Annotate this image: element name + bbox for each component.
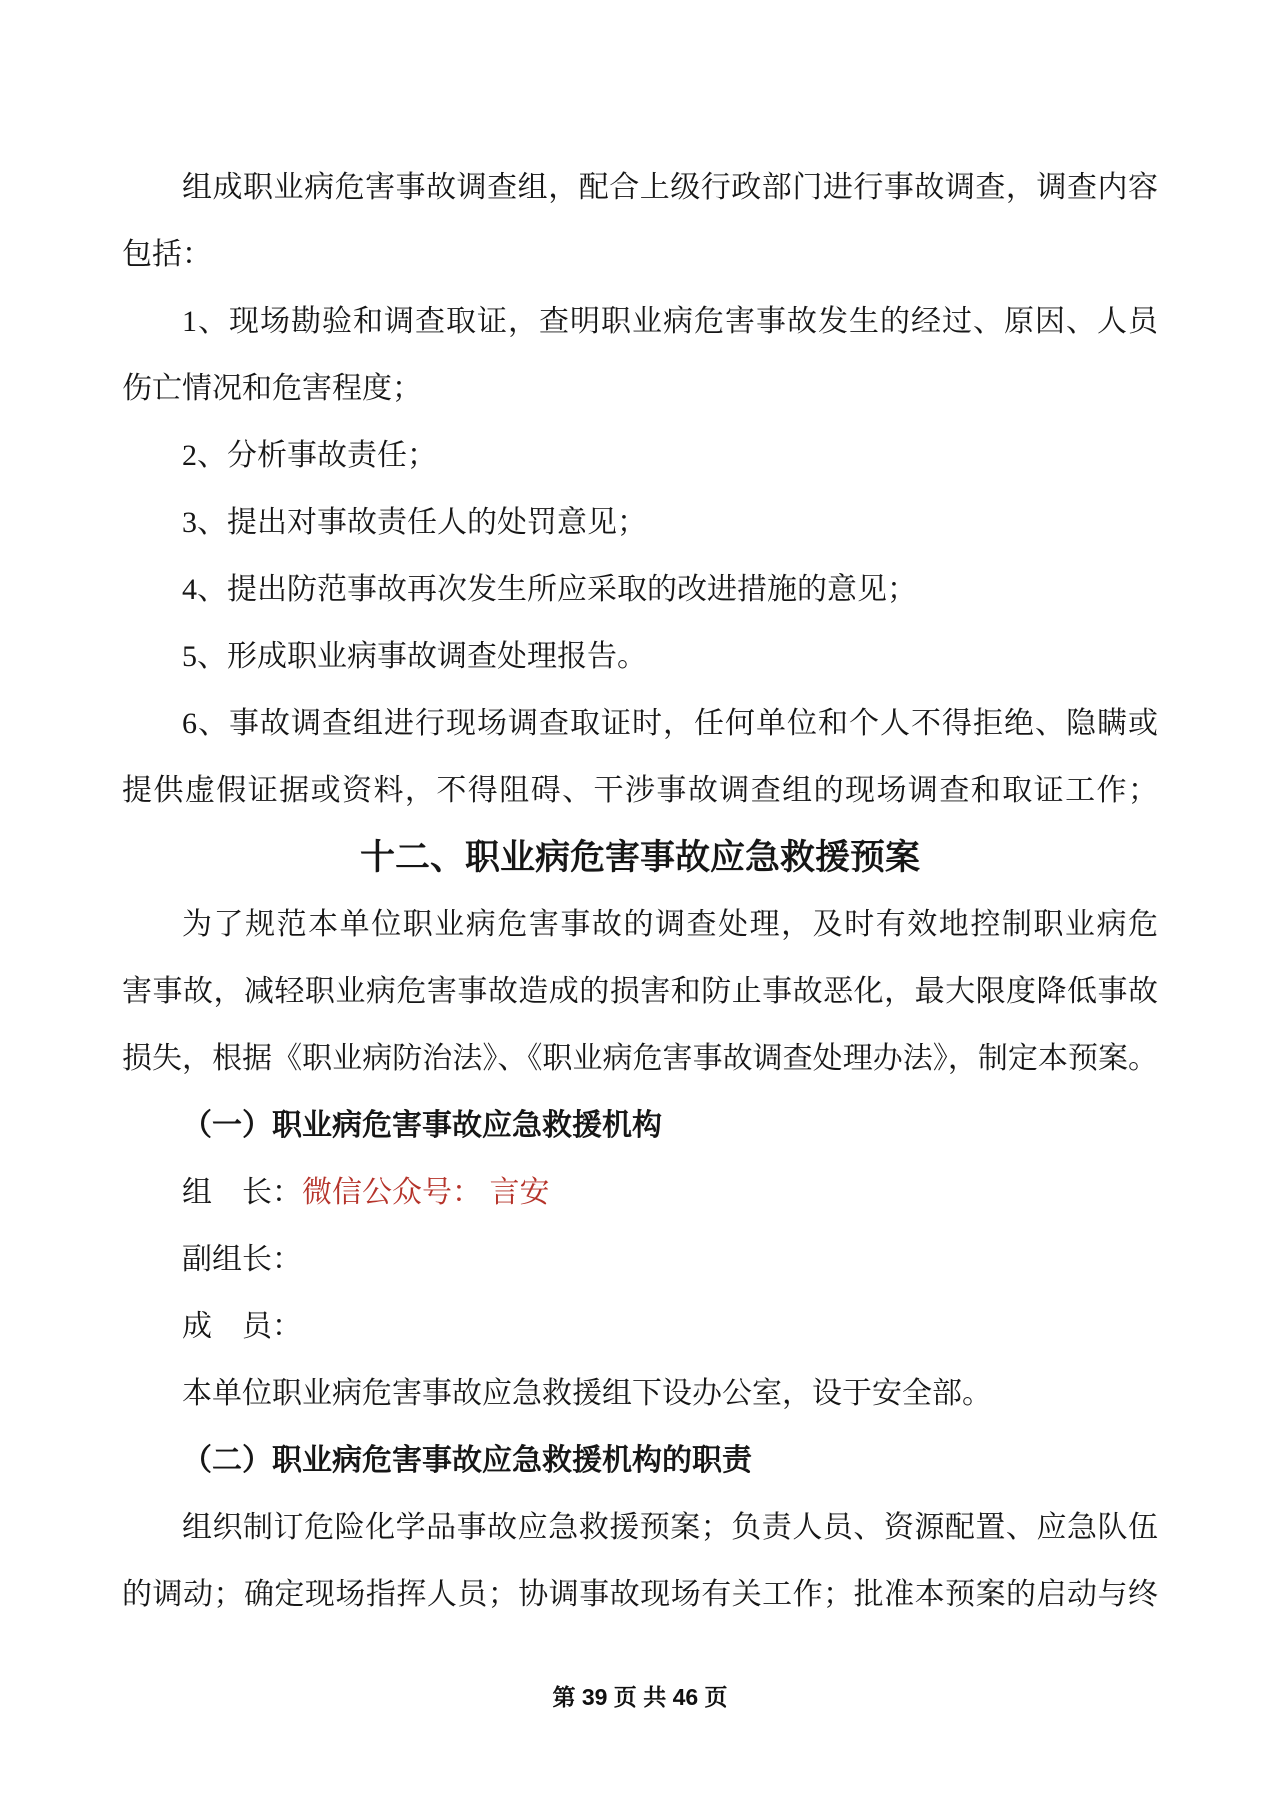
- office-note-line: 本单位职业病危害事故应急救援组下设办公室，设于安全部。: [122, 1360, 1158, 1427]
- intro-line-1: 组成职业病危害事故调查组，配合上级行政部门进行事故调查，调查内容: [122, 154, 1158, 221]
- list-item-2: 2、分析事故责任；: [122, 422, 1158, 489]
- document-page: 组成职业病危害事故调查组，配合上级行政部门进行事故调查，调查内容 包括： 1、现…: [0, 0, 1280, 1810]
- member-line: 成 员：: [122, 1293, 1158, 1360]
- list-item-6-line-2: 提供虚假证据或资料，不得阻碍、干涉事故调查组的现场调查和取证工作；: [122, 757, 1158, 824]
- list-item-5: 5、形成职业病事故调查处理报告。: [122, 623, 1158, 690]
- document-body: 组成职业病危害事故调查组，配合上级行政部门进行事故调查，调查内容 包括： 1、现…: [122, 154, 1158, 1628]
- deputy-leader-line: 副组长：: [122, 1226, 1158, 1293]
- duties-line-2: 的调动；确定现场指挥人员；协调事故现场有关工作；批准本预案的启动与终: [122, 1561, 1158, 1628]
- section-intro-line-1: 为了规范本单位职业病危害事故的调查处理，及时有效地控制职业病危: [122, 891, 1158, 958]
- subsection-2-heading: （二）职业病危害事故应急救援机构的职责: [122, 1427, 1158, 1494]
- section-heading: 十二、职业病危害事故应急救援预案: [122, 824, 1158, 891]
- section-intro-line-2: 害事故，减轻职业病危害事故造成的损害和防止事故恶化，最大限度降低事故: [122, 958, 1158, 1025]
- list-item-4: 4、提出防范事故再次发生所应采取的改进措施的意见；: [122, 556, 1158, 623]
- list-item-3: 3、提出对事故责任人的处罚意见；: [122, 489, 1158, 556]
- page-footer: 第 39 页 共 46 页: [0, 1664, 1280, 1731]
- leader-label: 组 长：: [182, 1176, 302, 1209]
- intro-line-2: 包括：: [122, 221, 1158, 288]
- duties-line-1: 组织制订危险化学品事故应急救援预案；负责人员、资源配置、应急队伍: [122, 1494, 1158, 1561]
- list-item-1-line-2: 伤亡情况和危害程度；: [122, 355, 1158, 422]
- section-intro-line-3: 损失，根据《职业病防治法》、《职业病危害事故调查处理办法》，制定本预案。: [122, 1025, 1158, 1092]
- leader-line: 组 长：微信公众号： 言安: [122, 1159, 1158, 1226]
- list-item-1-line-1: 1、现场勘验和调查取证，查明职业病危害事故发生的经过、原因、人员: [122, 288, 1158, 355]
- leader-value-red: 微信公众号： 言安: [302, 1176, 550, 1209]
- list-item-6-line-1: 6、事故调查组进行现场调查取证时，任何单位和个人不得拒绝、隐瞒或: [122, 690, 1158, 757]
- subsection-1-heading: （一）职业病危害事故应急救援机构: [122, 1092, 1158, 1159]
